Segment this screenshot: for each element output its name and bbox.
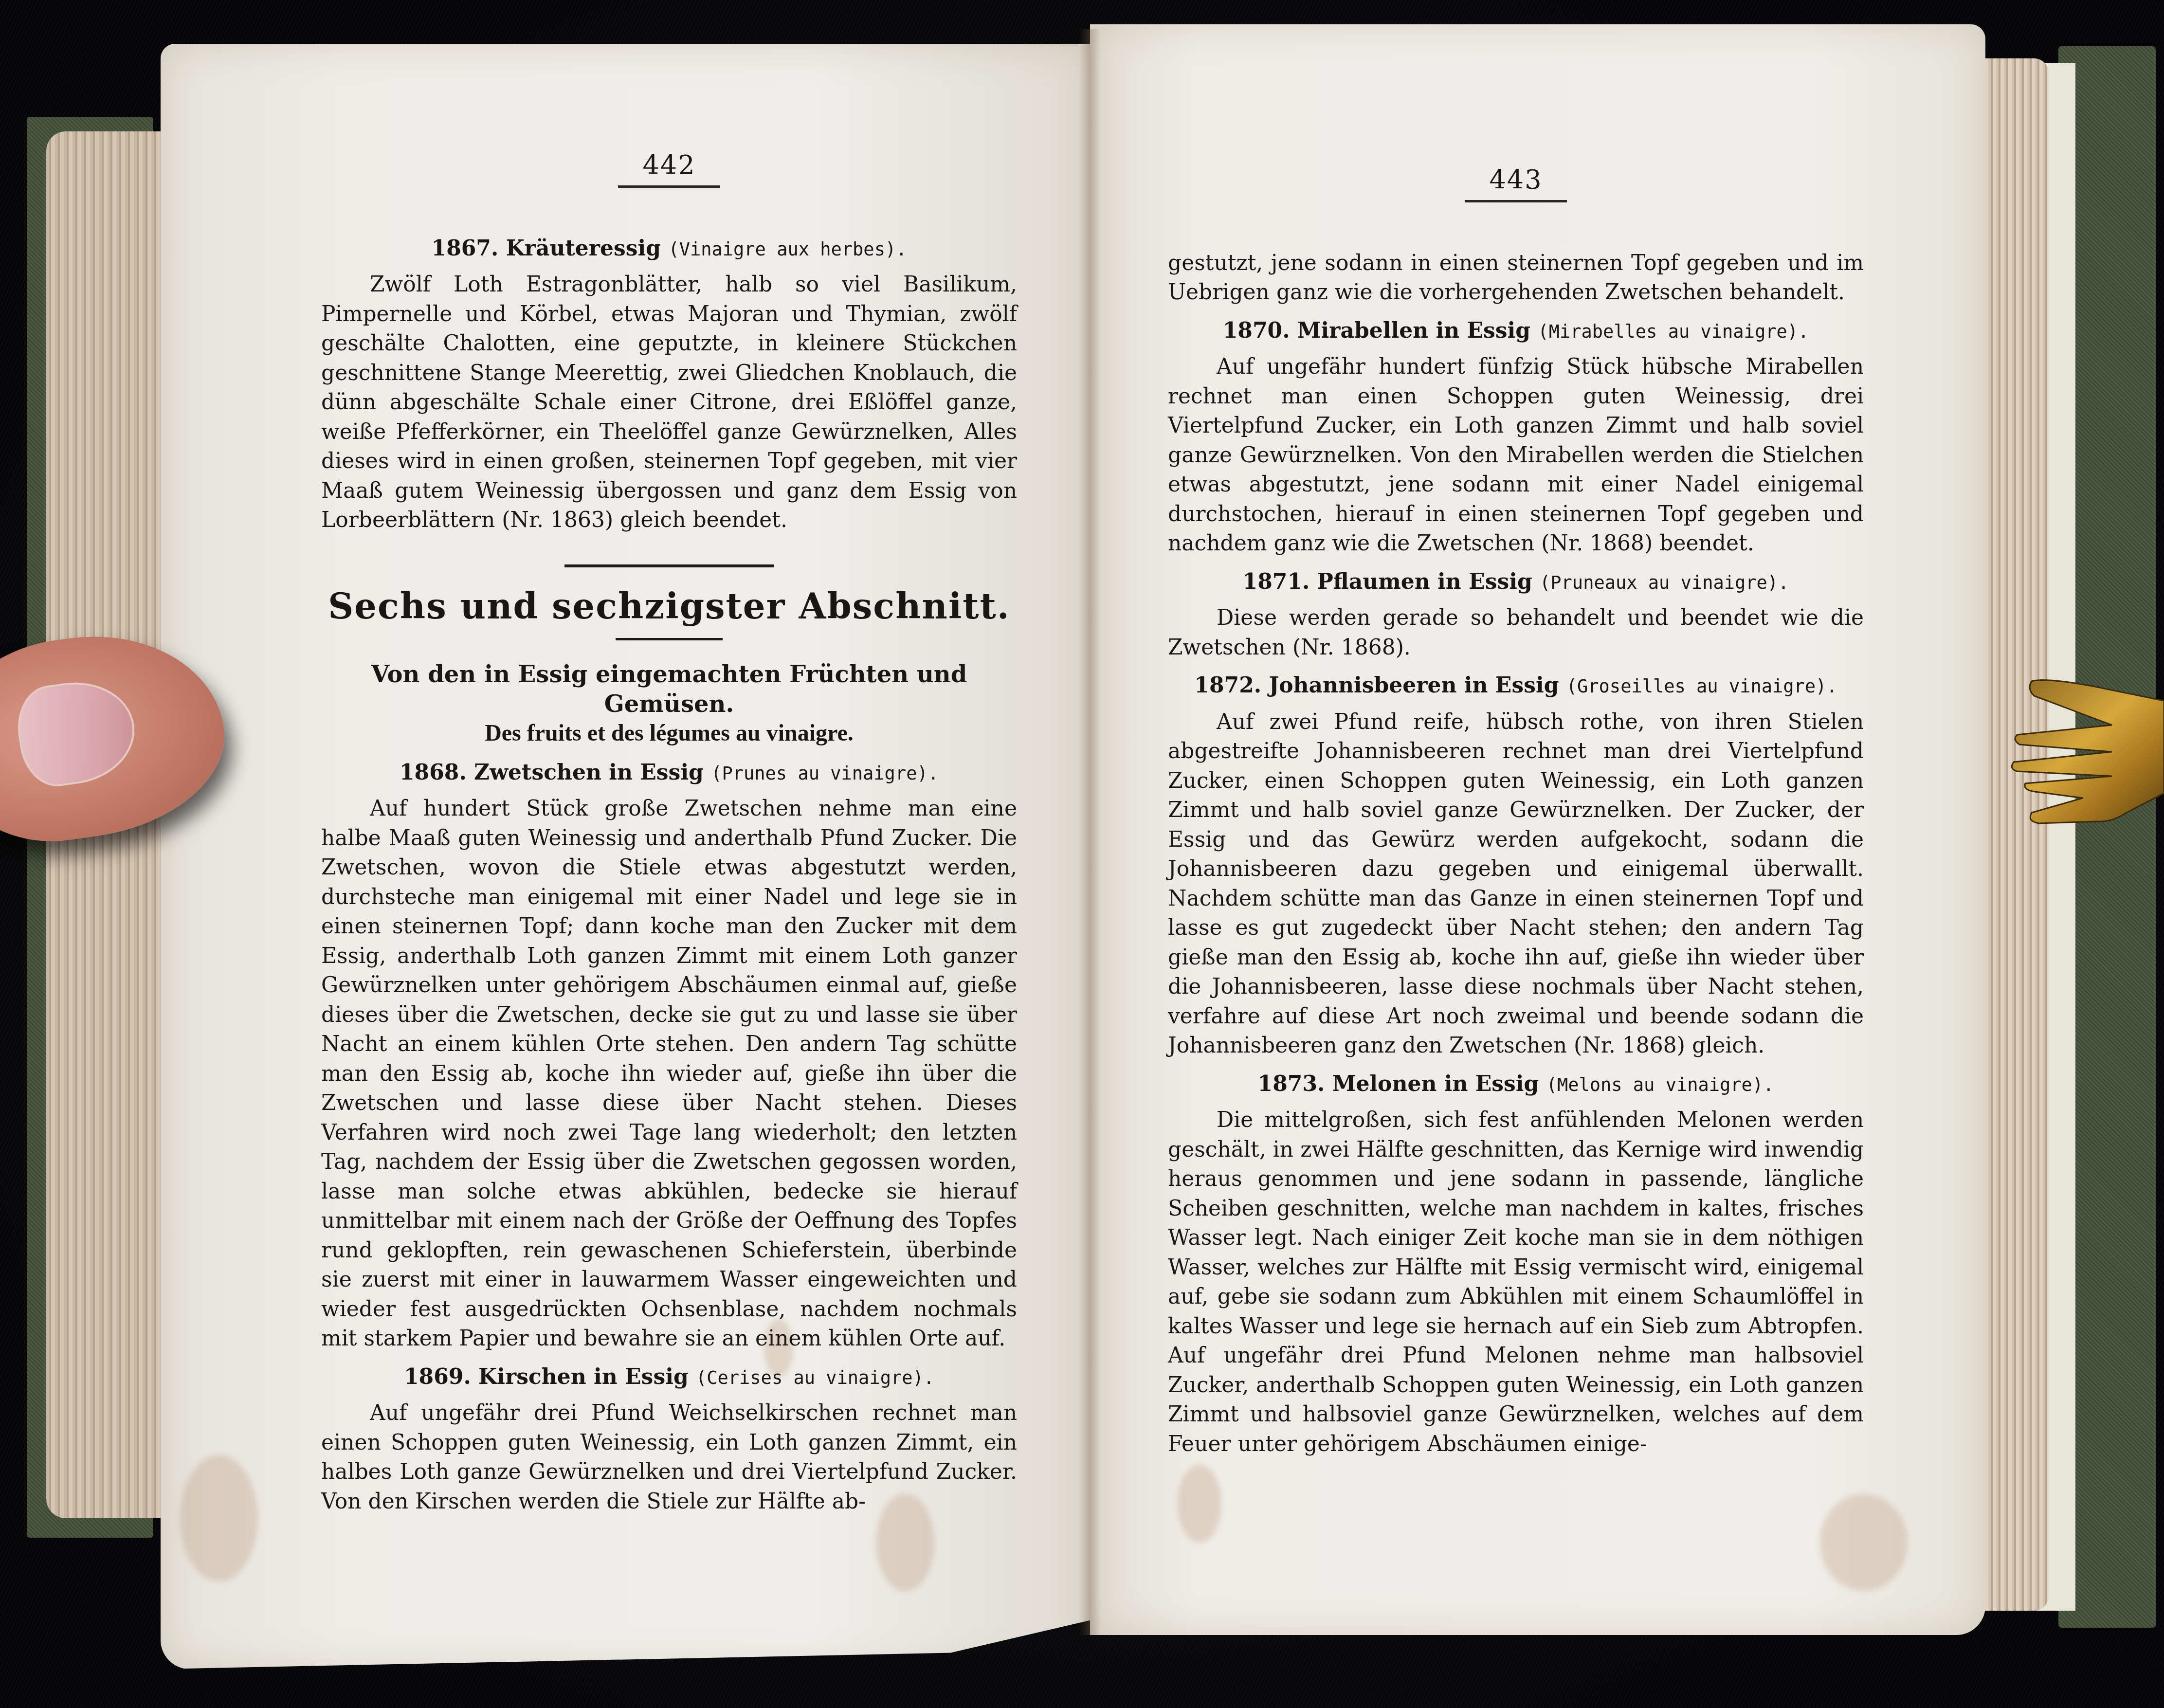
recipe-name-de: Kräuteressig bbox=[506, 236, 661, 261]
page-edges-right bbox=[1981, 58, 2049, 1611]
recipe-name-de: Johannisbeeren in Essig bbox=[1269, 673, 1559, 698]
page-number: 442 bbox=[321, 151, 1017, 181]
chapter-divider bbox=[616, 638, 723, 640]
recipe-number: 1872. bbox=[1194, 673, 1261, 698]
recipe-name-de: Kirschen in Essig bbox=[478, 1364, 689, 1389]
recipe-title-1868: 1868. Zwetschen in Essig (Prunes au vina… bbox=[321, 758, 1017, 789]
recipe-name-fr: (Groseilles au vinaigre). bbox=[1566, 676, 1837, 697]
page-number: 443 bbox=[1168, 165, 1864, 195]
foxing-stain bbox=[1820, 1494, 1908, 1591]
foxing-stain bbox=[1178, 1465, 1221, 1543]
recipe-number: 1870. bbox=[1223, 318, 1290, 343]
recipe-name-de: Zwetschen in Essig bbox=[474, 760, 704, 785]
section-divider bbox=[564, 564, 774, 567]
chapter-title: Sechs und sechzigster Abschnitt. bbox=[321, 592, 1017, 621]
recipe-name-de: Melonen in Essig bbox=[1332, 1072, 1539, 1096]
recipe-number: 1873. bbox=[1258, 1072, 1325, 1096]
recipe-number: 1868. bbox=[400, 760, 467, 785]
brass-hand-page-holder-icon bbox=[1966, 667, 2164, 827]
recipe-name-de: Pflaumen in Essig bbox=[1317, 569, 1532, 594]
page-number-rule bbox=[618, 185, 720, 188]
recipe-title-1870: 1870. Mirabellen in Essig (Mirabelles au… bbox=[1168, 316, 1864, 347]
recipe-title-1872: 1872. Johannisbeeren in Essig (Groseille… bbox=[1168, 671, 1864, 702]
recipe-continuation: gestutzt, jene sodann in einen steinerne… bbox=[1168, 249, 1864, 308]
recipe-body-1872: Auf zwei Pfund reife, hübsch rothe, von … bbox=[1168, 708, 1864, 1061]
recipe-body-1868: Auf hundert Stück große Zwetschen nehme … bbox=[321, 794, 1017, 1354]
page-number-rule bbox=[1465, 200, 1567, 202]
recipe-name-fr: (Prunes au vinaigre). bbox=[711, 763, 939, 784]
recipe-name-fr: (Mirabelles au vinaigre). bbox=[1538, 321, 1809, 342]
recipe-title-1871: 1871. Pflaumen in Essig (Pruneaux au vin… bbox=[1168, 567, 1864, 598]
recipe-title-1869: 1869. Kirschen in Essig (Cerises au vina… bbox=[321, 1363, 1017, 1393]
recipe-body-1867: Zwölf Loth Estragonblätter, halb so viel… bbox=[321, 270, 1017, 535]
recipe-body-1870: Auf ungefähr hundert fünfzig Stück hübsc… bbox=[1168, 352, 1864, 559]
recipe-number: 1871. bbox=[1243, 569, 1310, 594]
recipe-number: 1869. bbox=[404, 1364, 471, 1389]
recipe-name-fr: (Vinaigre aux herbes). bbox=[668, 239, 907, 260]
recipe-body-1873: Die mittelgroßen, sich fest anfühlenden … bbox=[1168, 1106, 1864, 1459]
recipe-name-fr: (Pruneaux au vinaigre). bbox=[1540, 572, 1789, 593]
recipe-name-fr: (Cerises au vinaigre). bbox=[696, 1367, 934, 1388]
right-page-text: 443 gestutzt, jene sodann in einen stein… bbox=[1168, 165, 1864, 1459]
chapter-subtitle-fr: Des fruits et des légumes au vinaigre. bbox=[321, 719, 1017, 748]
recipe-name-de: Mirabellen in Essig bbox=[1297, 318, 1530, 343]
chapter-subtitle-de: Von den in Essig eingemachten Früchten u… bbox=[321, 660, 1017, 719]
book-gutter bbox=[1079, 29, 1101, 1635]
recipe-name-fr: (Melons au vinaigre). bbox=[1546, 1074, 1774, 1095]
recipe-title-1867: 1867. Kräuteressig (Vinaigre aux herbes)… bbox=[321, 234, 1017, 265]
recipe-body-1869: Auf ungefähr drei Pfund Weichselkirschen… bbox=[321, 1399, 1017, 1516]
left-page-text: 442 1867. Kräuteressig (Vinaigre aux her… bbox=[321, 151, 1017, 1516]
recipe-number: 1867. bbox=[432, 236, 499, 261]
thumbnail bbox=[12, 674, 141, 791]
recipe-body-1871: Diese werden gerade so behandelt und bee… bbox=[1168, 603, 1864, 662]
foxing-stain bbox=[180, 1455, 258, 1581]
recipe-title-1873: 1873. Melonen in Essig (Melons au vinaig… bbox=[1168, 1070, 1864, 1100]
